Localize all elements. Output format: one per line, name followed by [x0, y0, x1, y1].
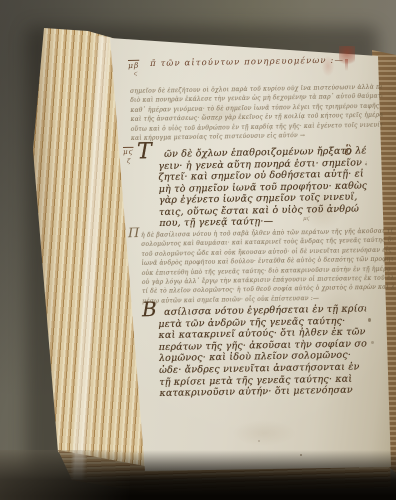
- initial-pi: Π: [128, 229, 140, 239]
- ink-speck: [368, 318, 371, 322]
- manuscript-photo: μβ ϛ π̄ τῶν αἰτούντων πονηρευομένων :— σ…: [0, 0, 396, 500]
- chapter-number: μβ: [128, 61, 139, 70]
- initial-tau: Τ: [137, 146, 152, 158]
- commentary-block-1: σημεῖον δὲ ἐπεζήτουν οἱ ὄχλοι παρὰ τοῦ κ…: [130, 83, 383, 144]
- canon-number: ζ: [127, 158, 130, 165]
- ink-speck: [371, 341, 374, 344]
- gospel-block-1: Τ ῶν δὲ ὄχλων ἐπαθροιζομένων ἤρξατο λέ γ…: [158, 145, 367, 229]
- ink-speck: [258, 440, 260, 442]
- commentary-block-2: Π ἡ δὲ βασίλισσα νότου ἡ τοῦ σαβὰ ἦλθεν …: [141, 227, 394, 307]
- parchment-stain: [232, 420, 296, 446]
- gospel-block-2: Β ασίλισσα νότου ἐγερθήσεται ἐν τῇ κρίσε…: [158, 303, 368, 399]
- section-number: μϛ: [123, 148, 134, 156]
- initial-beta: Β: [142, 304, 157, 316]
- chapter-number-flourish: ϛ: [134, 71, 137, 77]
- table-shadow: [0, 450, 396, 500]
